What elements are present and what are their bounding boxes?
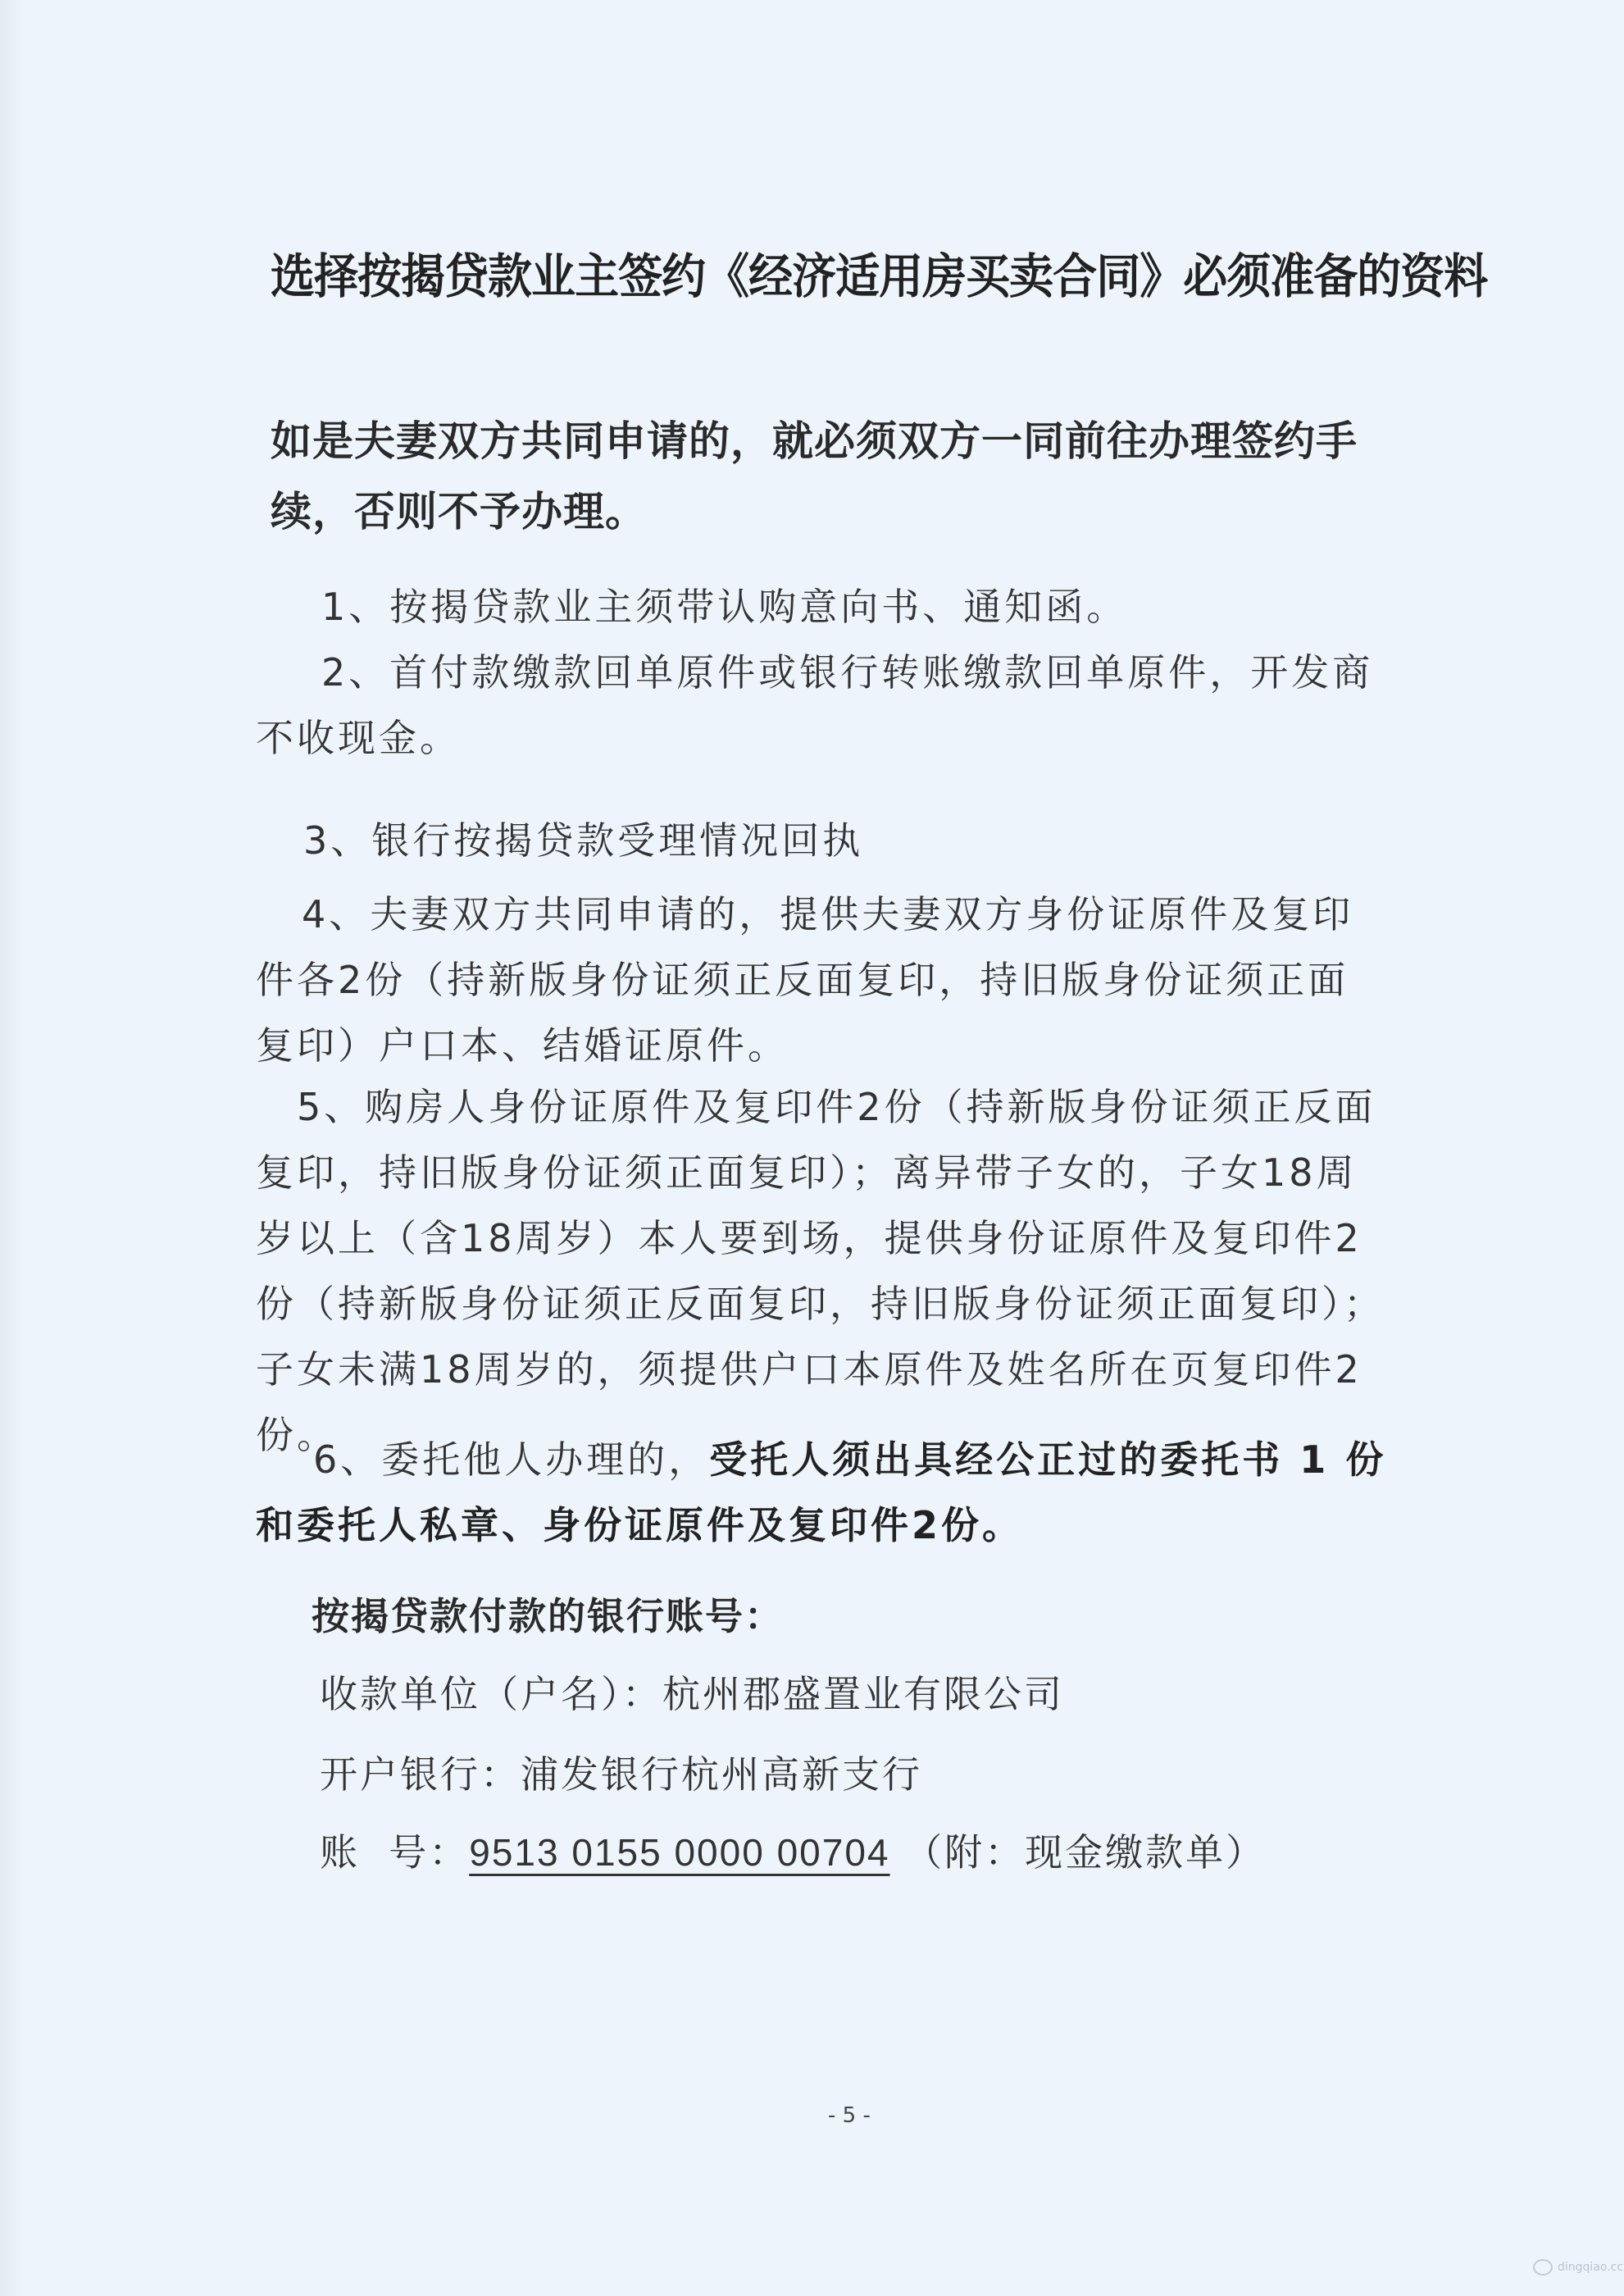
item-number: 3、 [303, 818, 371, 863]
item-text: 购房人身份证原件及复印件2份（持新版身份证须正反面复印，持旧版身份证须正面复印）… [256, 1085, 1385, 1457]
item-text: 委托他人办理的， [381, 1437, 709, 1482]
item-text: 夫妻双方共同申请的，提供夫妻双方身份证原件及复印件各2份（持新版身份证须正反面复… [256, 892, 1353, 1068]
watermark-logo-icon [1533, 2259, 1553, 2275]
item-number: 2、 [321, 650, 389, 695]
bank-row: 开户银行：浦发银行杭州高新支行 [320, 1745, 922, 1799]
bank-account-heading: 按揭贷款付款的银行账号： [312, 1587, 784, 1641]
account-row: 账 号：9513 0155 0000 00704 （附：现金缴款单） [320, 1823, 1266, 1877]
list-item-2: 2、首付款缴款回单原件或银行转账缴款回单原件，开发商不收现金。 [256, 640, 1387, 771]
item-number: 1、 [321, 585, 389, 629]
bank-value: 浦发银行杭州高新支行 [521, 1752, 922, 1797]
intro-notice: 如是夫妻双方共同申请的，就必须双方一同前往办理签约手续，否则不予办理。 [271, 406, 1394, 547]
page-number: - 5 - [828, 2103, 871, 2128]
payee-label: 收款单位（户名）： [320, 1672, 662, 1716]
item-number: 6、 [313, 1437, 381, 1482]
payee-value: 杭州郡盛置业有限公司 [662, 1672, 1064, 1716]
list-item-1: 1、按揭贷款业主须带认购意向书、通知函。 [256, 574, 1387, 640]
document-title: 选择按揭贷款业主签约《经济适用房买卖合同》必须准备的资料 [271, 238, 1300, 307]
item-number: 4、 [302, 892, 370, 936]
item-text: 银行按揭贷款受理情况回执 [371, 818, 863, 863]
account-label: 账 号： [320, 1830, 469, 1875]
list-item-3: 3、银行按揭贷款受理情况回执 [256, 808, 1385, 873]
scan-page-edge [0, 0, 25, 2296]
item-text: 按揭贷款业主须带认购意向书、通知函。 [389, 585, 1127, 629]
payee-row: 收款单位（户名）：杭州郡盛置业有限公司 [320, 1665, 1064, 1719]
account-number: 9513 0155 0000 00704 [469, 1831, 889, 1874]
list-item-4: 4、夫妻双方共同申请的，提供夫妻双方身份证原件及复印件各2份（持新版身份证须正反… [256, 881, 1387, 1078]
item-text: 首付款缴款回单原件或银行转账缴款回单原件，开发商不收现金。 [256, 650, 1373, 760]
watermark: dingqiao.cc [1533, 2259, 1623, 2275]
watermark-text: dingqiao.cc [1558, 2261, 1623, 2274]
item-number: 5、 [297, 1085, 365, 1129]
bank-label: 开户银行： [320, 1752, 521, 1797]
list-item-5: 5、购房人身份证原件及复印件2份（持新版身份证须正反面复印，持旧版身份证须正面复… [256, 1074, 1387, 1468]
list-item-6: 6、委托他人办理的，受托人须出具经公正过的委托书 1 份和委托人私章、身份证原件… [256, 1427, 1387, 1558]
account-note: （附：现金缴款单） [904, 1830, 1266, 1875]
